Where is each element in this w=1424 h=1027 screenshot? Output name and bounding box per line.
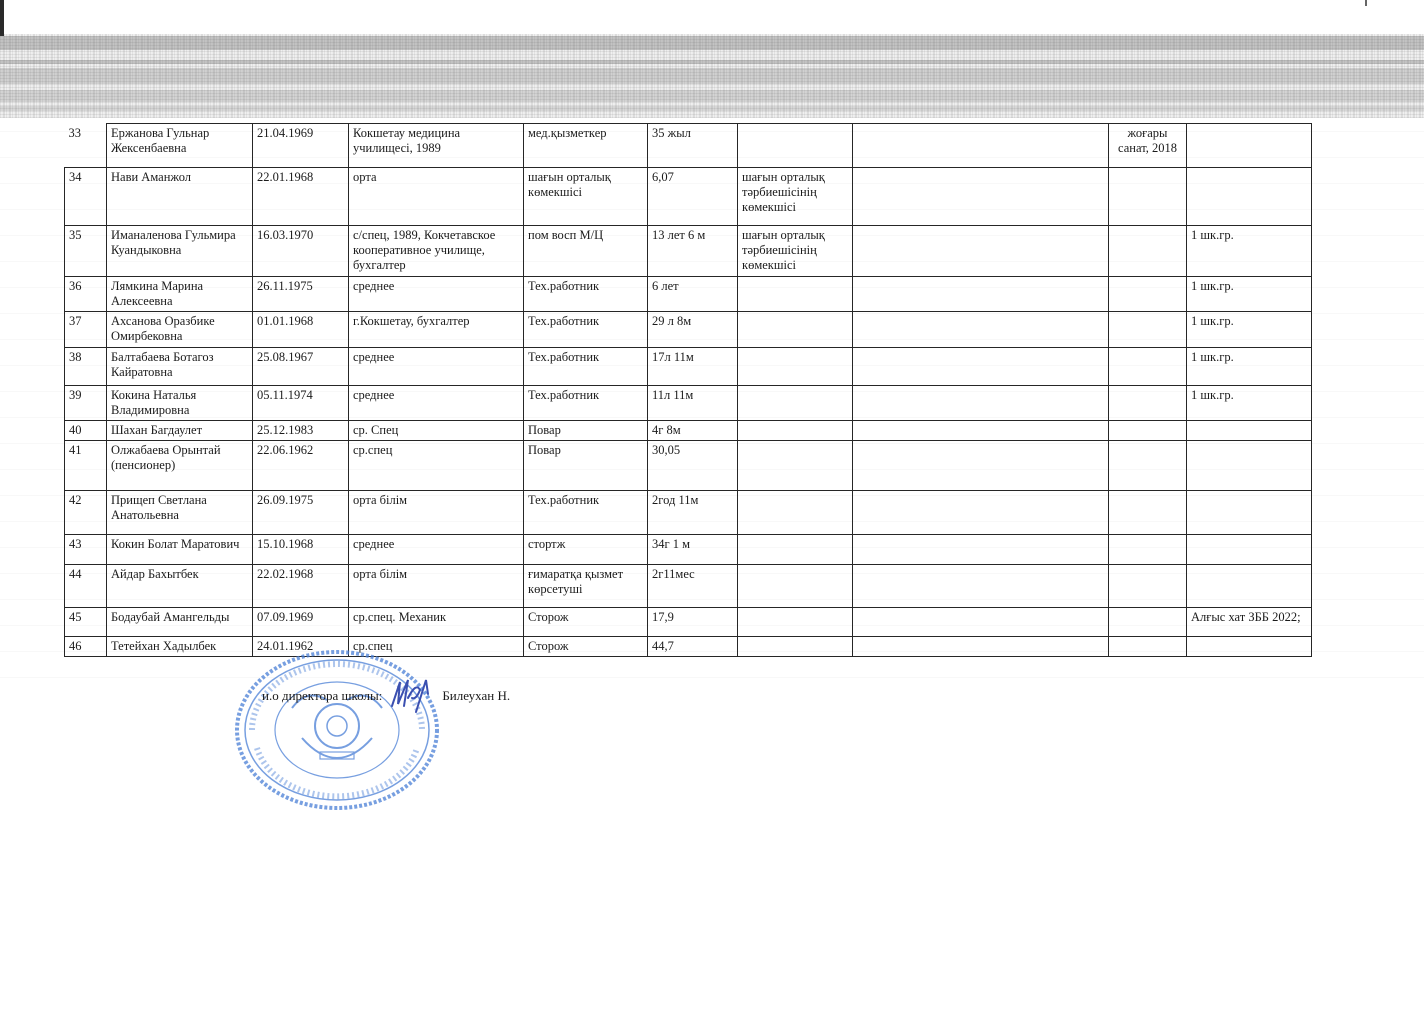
- cell-no: 44: [65, 565, 107, 608]
- cell-position: ғимаратқа қызмет көрсетуші: [524, 565, 648, 608]
- cell-position: шағын орталық көмекшісі: [524, 168, 648, 226]
- cell-experience: 13 лет 6 м: [648, 226, 738, 277]
- cell-name: Балтабаева Ботагоз Кайратовна: [107, 348, 253, 386]
- cell-category: [1109, 565, 1187, 608]
- cell-experience: 35 жыл: [648, 124, 738, 168]
- table-row: 36Лямкина Марина Алексеевна26.11.1975сре…: [65, 277, 1312, 312]
- cell-experience: 4г 8м: [648, 421, 738, 441]
- cell-birth: 15.10.1968: [253, 535, 349, 565]
- cell-no: 41: [65, 441, 107, 491]
- table-row: 37Ахсанова Оразбике Омирбековна01.01.196…: [65, 312, 1312, 348]
- cell-no: 34: [65, 168, 107, 226]
- cell-experience: 6,07: [648, 168, 738, 226]
- cell-col8: [853, 348, 1109, 386]
- cell-note: 1 шк.гр.: [1187, 348, 1312, 386]
- table-row: 38Балтабаева Ботагоз Кайратовна25.08.196…: [65, 348, 1312, 386]
- cell-experience: 11л 11м: [648, 386, 738, 421]
- cell-note: 1 шк.гр.: [1187, 386, 1312, 421]
- cell-no: 42: [65, 491, 107, 535]
- cell-no: 38: [65, 348, 107, 386]
- cell-experience: 2год 11м: [648, 491, 738, 535]
- signature-block: и.о директора школы: Билеухан Н.: [262, 676, 510, 716]
- cell-birth: 26.09.1975: [253, 491, 349, 535]
- cell-category: [1109, 637, 1187, 657]
- cell-col8: [853, 421, 1109, 441]
- cell-col7: [738, 348, 853, 386]
- cell-col8: [853, 386, 1109, 421]
- cell-no: 43: [65, 535, 107, 565]
- cell-education: орта білім: [349, 491, 524, 535]
- staff-table: 33Ержанова Гульнар Жексенбаевна21.04.196…: [64, 123, 1312, 657]
- cell-birth: 21.04.1969: [253, 124, 349, 168]
- cell-name: Ержанова Гульнар Жексенбаевна: [107, 124, 253, 168]
- cell-col7: [738, 312, 853, 348]
- cell-name: Кокина Наталья Владимировна: [107, 386, 253, 421]
- cell-no: 46: [65, 637, 107, 657]
- scan-tick-mark: [1365, 0, 1367, 6]
- cell-birth: 22.01.1968: [253, 168, 349, 226]
- table-row: 41Олжабаева Орынтай (пенсионер)22.06.196…: [65, 441, 1312, 491]
- cell-note: 1 шк.гр.: [1187, 277, 1312, 312]
- cell-name: Кокин Болат Маратович: [107, 535, 253, 565]
- cell-category: жоғары санат, 2018: [1109, 124, 1187, 168]
- cell-name: Олжабаева Орынтай (пенсионер): [107, 441, 253, 491]
- cell-col8: [853, 226, 1109, 277]
- cell-position: Сторож: [524, 608, 648, 637]
- table-row: 34Нави Аманжол22.01.1968орташағын орталы…: [65, 168, 1312, 226]
- cell-no: 35: [65, 226, 107, 277]
- official-stamp-icon: [232, 648, 442, 813]
- cell-note: Алғыс хат ЗББ 2022;: [1187, 608, 1312, 637]
- table-row: 35Иманаленова Гульмира Куандыковна16.03.…: [65, 226, 1312, 277]
- cell-note: [1187, 421, 1312, 441]
- cell-col8: [853, 608, 1109, 637]
- cell-no: 37: [65, 312, 107, 348]
- cell-col8: [853, 124, 1109, 168]
- cell-col7: шағын орталық тәрбиешісінің көмекшісі: [738, 168, 853, 226]
- cell-note: [1187, 565, 1312, 608]
- cell-position: пом восп М/Ц: [524, 226, 648, 277]
- cell-education: среднее: [349, 535, 524, 565]
- cell-note: [1187, 535, 1312, 565]
- cell-col7: [738, 277, 853, 312]
- cell-position: Тех.работник: [524, 491, 648, 535]
- cell-name: Лямкина Марина Алексеевна: [107, 277, 253, 312]
- cell-col8: [853, 312, 1109, 348]
- cell-education: ср.спец: [349, 637, 524, 657]
- cell-note: [1187, 124, 1312, 168]
- table-row: 44Айдар Бахытбек22.02.1968орта білімғима…: [65, 565, 1312, 608]
- cell-category: [1109, 277, 1187, 312]
- cell-education: среднее: [349, 348, 524, 386]
- cell-no: 39: [65, 386, 107, 421]
- cell-birth: 26.11.1975: [253, 277, 349, 312]
- cell-category: [1109, 491, 1187, 535]
- cell-name: Бодаубай Амангельды: [107, 608, 253, 637]
- cell-note: [1187, 637, 1312, 657]
- cell-name: Ахсанова Оразбике Омирбековна: [107, 312, 253, 348]
- cell-experience: 17л 11м: [648, 348, 738, 386]
- cell-experience: 44,7: [648, 637, 738, 657]
- cell-col8: [853, 441, 1109, 491]
- signature-icon: [386, 676, 434, 716]
- cell-experience: 6 лет: [648, 277, 738, 312]
- cell-experience: 30,05: [648, 441, 738, 491]
- cell-category: [1109, 386, 1187, 421]
- cell-col8: [853, 565, 1109, 608]
- scan-corner-mark: [0, 0, 4, 36]
- cell-col8: [853, 491, 1109, 535]
- cell-name: Шахан Багдаулет: [107, 421, 253, 441]
- table-row: 39Кокина Наталья Владимировна05.11.1974с…: [65, 386, 1312, 421]
- cell-col7: [738, 637, 853, 657]
- cell-col7: шағын орталық тәрбиешісінің көмекшісі: [738, 226, 853, 277]
- table-row: 46Тетейхан Хадылбек24.01.1962ср.спецСтор…: [65, 637, 1312, 657]
- cell-education: орта: [349, 168, 524, 226]
- cell-position: мед.қызметкер: [524, 124, 648, 168]
- cell-note: 1 шк.гр.: [1187, 312, 1312, 348]
- cell-name: Прищеп Светлана Анатольевна: [107, 491, 253, 535]
- cell-col8: [853, 535, 1109, 565]
- table-row: 43Кокин Болат Маратович15.10.1968среднее…: [65, 535, 1312, 565]
- cell-education: г.Кокшетау, бухгалтер: [349, 312, 524, 348]
- scanner-noise-band: [0, 34, 1424, 118]
- table-row: 42Прищеп Светлана Анатольевна26.09.1975о…: [65, 491, 1312, 535]
- cell-category: [1109, 348, 1187, 386]
- cell-category: [1109, 226, 1187, 277]
- cell-position: Тех.работник: [524, 312, 648, 348]
- cell-position: Тех.работник: [524, 386, 648, 421]
- cell-name: Айдар Бахытбек: [107, 565, 253, 608]
- cell-name: Тетейхан Хадылбек: [107, 637, 253, 657]
- cell-category: [1109, 608, 1187, 637]
- cell-position: Сторож: [524, 637, 648, 657]
- cell-col7: [738, 441, 853, 491]
- cell-col7: [738, 491, 853, 535]
- cell-col7: [738, 535, 853, 565]
- cell-category: [1109, 421, 1187, 441]
- cell-note: [1187, 491, 1312, 535]
- cell-no: 36: [65, 277, 107, 312]
- cell-education: орта білім: [349, 565, 524, 608]
- cell-col7: [738, 608, 853, 637]
- cell-birth: 24.01.1962: [253, 637, 349, 657]
- cell-position: Тех.работник: [524, 277, 648, 312]
- cell-position: Тех.работник: [524, 348, 648, 386]
- cell-experience: 2г11мес: [648, 565, 738, 608]
- cell-education: среднее: [349, 277, 524, 312]
- cell-birth: 16.03.1970: [253, 226, 349, 277]
- cell-education: ср. Спец: [349, 421, 524, 441]
- signatory-name: Билеухан Н.: [442, 688, 510, 704]
- cell-birth: 07.09.1969: [253, 608, 349, 637]
- cell-no: 40: [65, 421, 107, 441]
- cell-category: [1109, 168, 1187, 226]
- cell-position: Повар: [524, 441, 648, 491]
- cell-col7: [738, 386, 853, 421]
- cell-birth: 22.06.1962: [253, 441, 349, 491]
- cell-name: Нави Аманжол: [107, 168, 253, 226]
- cell-col7: [738, 421, 853, 441]
- cell-note: [1187, 441, 1312, 491]
- table-row: 33Ержанова Гульнар Жексенбаевна21.04.196…: [65, 124, 1312, 168]
- cell-category: [1109, 312, 1187, 348]
- cell-birth: 22.02.1968: [253, 565, 349, 608]
- cell-col8: [853, 637, 1109, 657]
- cell-col8: [853, 277, 1109, 312]
- cell-col7: [738, 124, 853, 168]
- cell-education: с/спец, 1989, Кокчетавское кооперативное…: [349, 226, 524, 277]
- cell-no: 33: [65, 124, 107, 168]
- signatory-title: и.о директора школы:: [262, 688, 382, 704]
- cell-education: ср.спец: [349, 441, 524, 491]
- cell-col8: [853, 168, 1109, 226]
- cell-experience: 17,9: [648, 608, 738, 637]
- cell-experience: 29 л 8м: [648, 312, 738, 348]
- cell-experience: 34г 1 м: [648, 535, 738, 565]
- cell-col7: [738, 565, 853, 608]
- cell-name: Иманаленова Гульмира Куандыковна: [107, 226, 253, 277]
- cell-education: среднее: [349, 386, 524, 421]
- cell-birth: 05.11.1974: [253, 386, 349, 421]
- table-row: 40Шахан Багдаулет25.12.1983ср. СпецПовар…: [65, 421, 1312, 441]
- table-row: 45Бодаубай Амангельды07.09.1969ср.спец. …: [65, 608, 1312, 637]
- cell-education: Кокшетау медицина училищесі, 1989: [349, 124, 524, 168]
- cell-category: [1109, 441, 1187, 491]
- cell-note: [1187, 168, 1312, 226]
- cell-position: Повар: [524, 421, 648, 441]
- cell-position: стортж: [524, 535, 648, 565]
- cell-birth: 01.01.1968: [253, 312, 349, 348]
- cell-note: 1 шк.гр.: [1187, 226, 1312, 277]
- cell-birth: 25.12.1983: [253, 421, 349, 441]
- cell-birth: 25.08.1967: [253, 348, 349, 386]
- cell-education: ср.спец. Механик: [349, 608, 524, 637]
- cell-category: [1109, 535, 1187, 565]
- cell-no: 45: [65, 608, 107, 637]
